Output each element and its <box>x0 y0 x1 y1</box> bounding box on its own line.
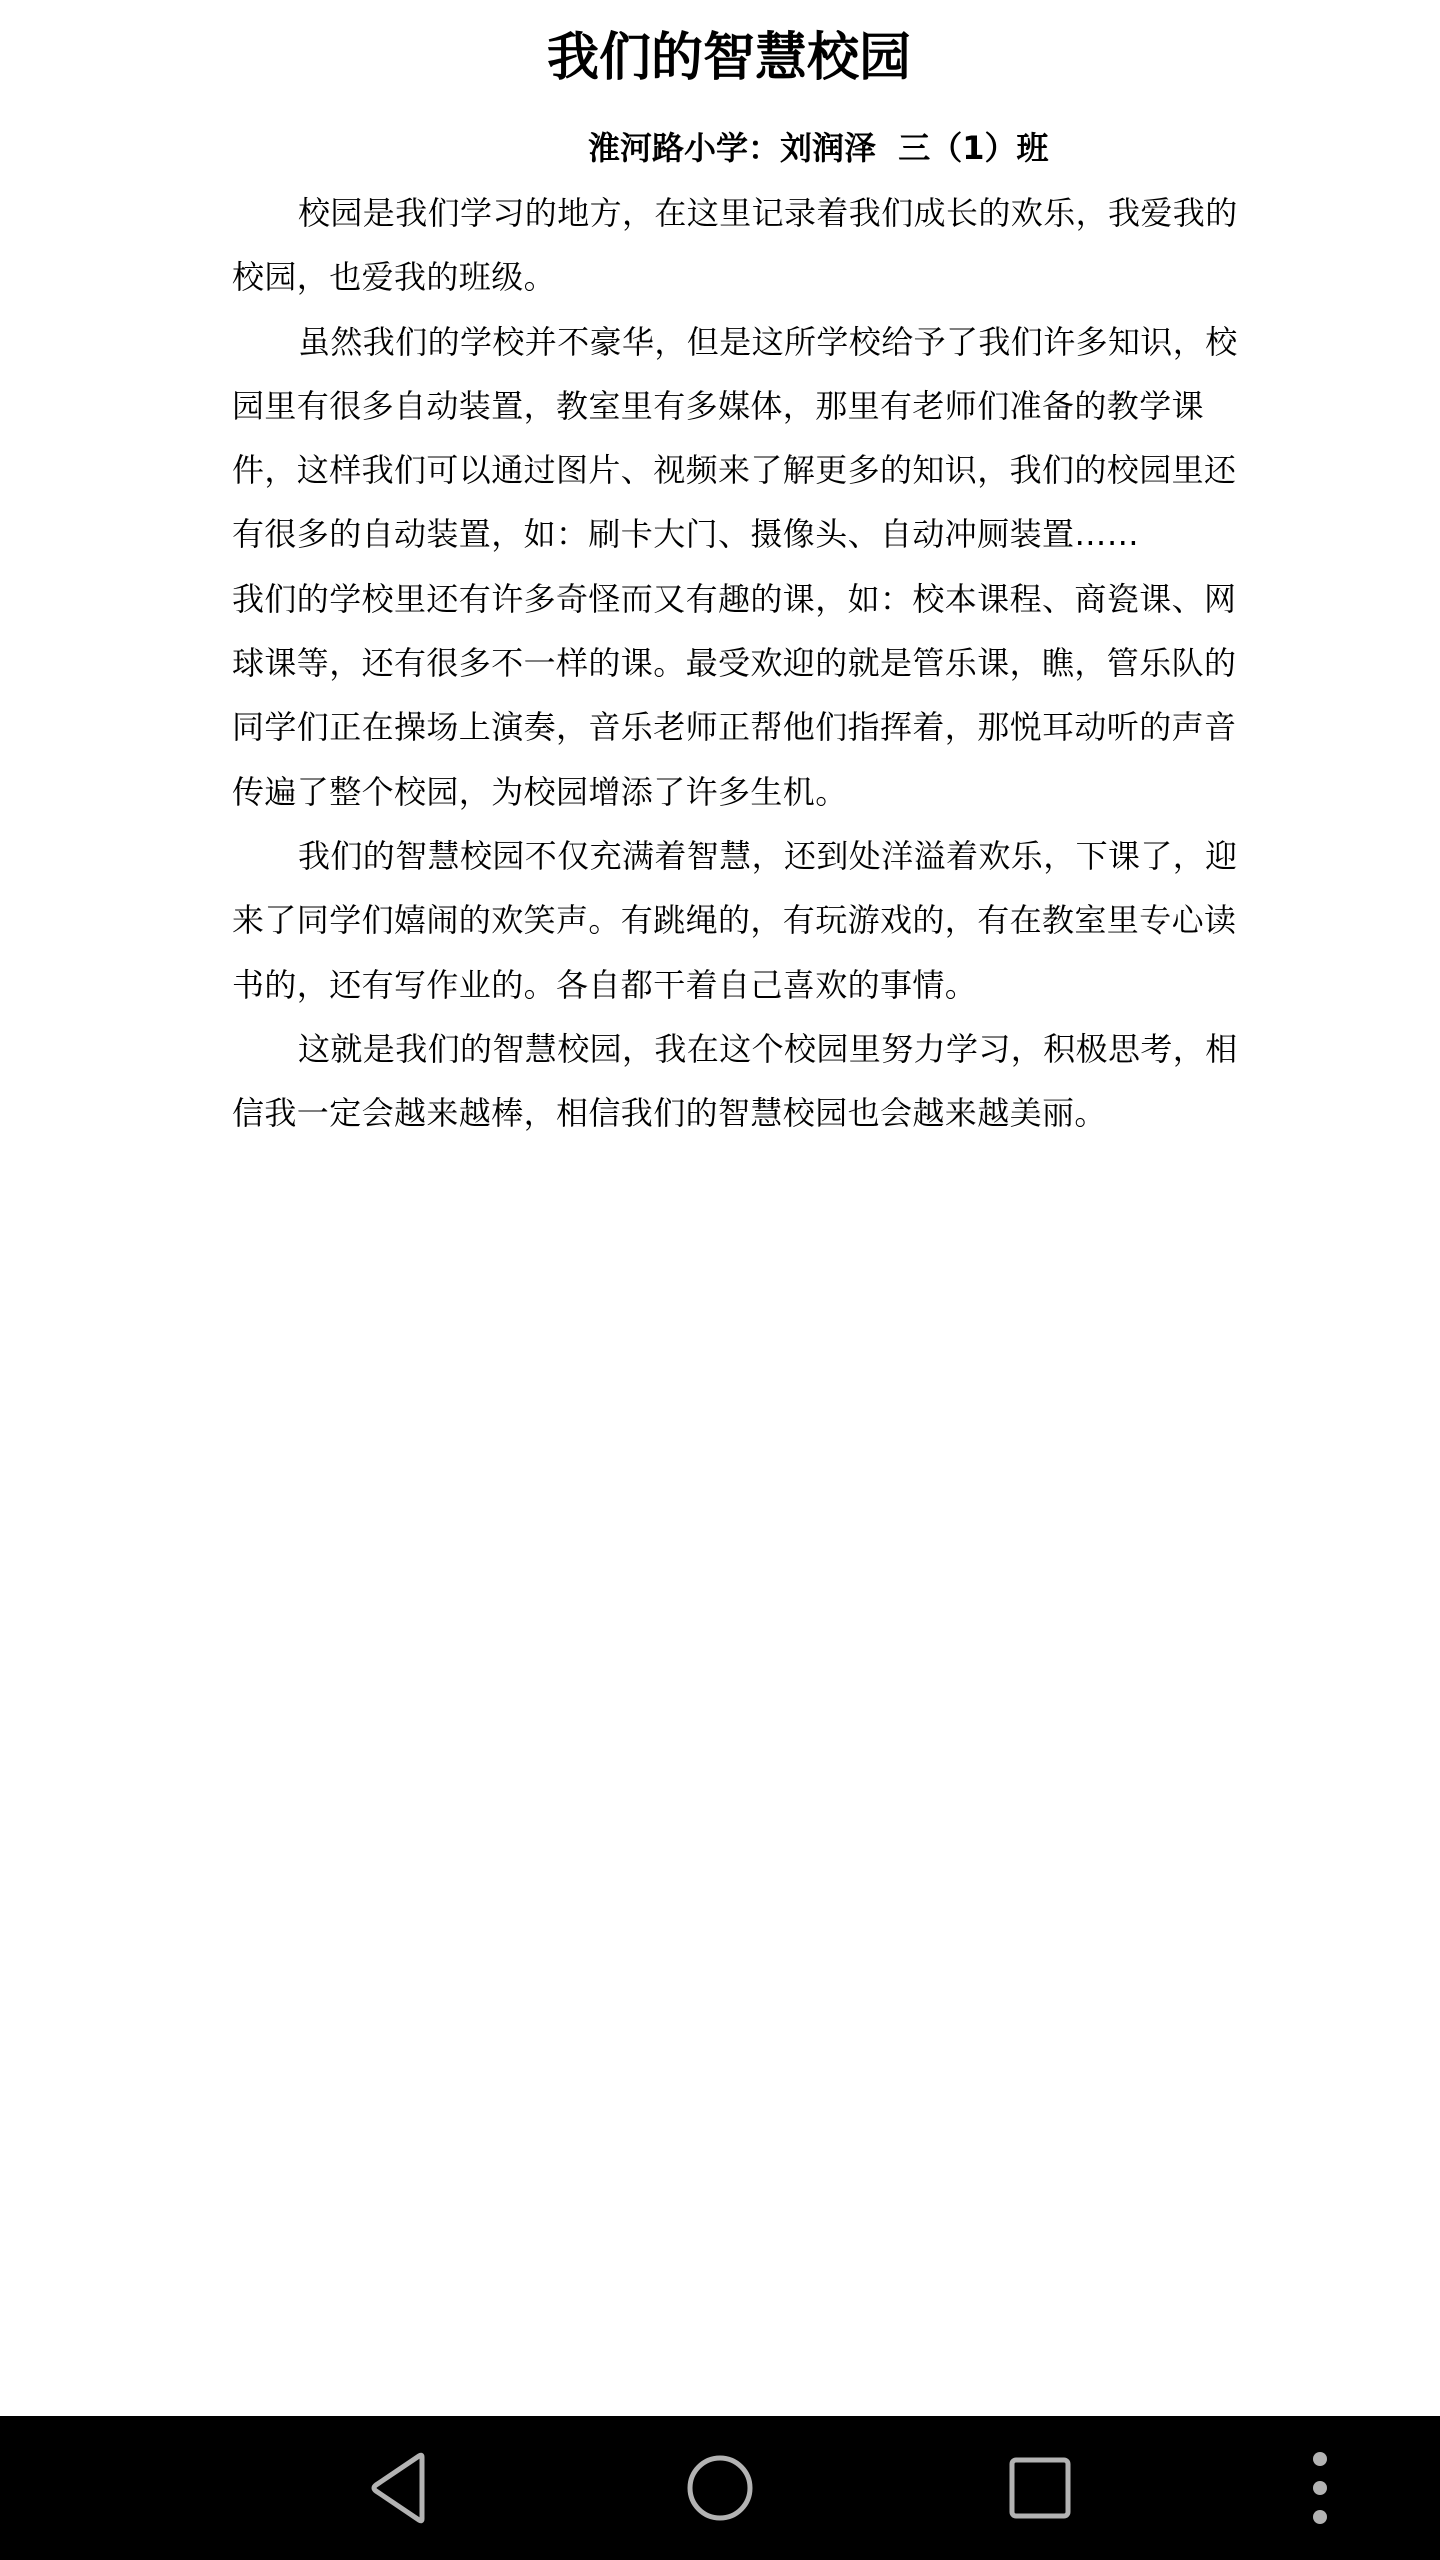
document-page: 我们的智慧校园 淮河路小学：刘润泽 三（1）班 校园是我们学习的地方，在这里记录… <box>0 0 1440 2416</box>
document-title: 我们的智慧校园 <box>0 26 1440 90</box>
system-navigation-bar <box>0 2416 1440 2560</box>
more-vertical-icon <box>1310 2450 1330 2526</box>
body-line: 信我一定会越来越棒，相信我们的智慧校园也会越来越美丽。 <box>232 1081 1232 1145</box>
menu-button[interactable] <box>1260 2416 1380 2560</box>
body-line: 园里有很多自动装置，教室里有多媒体，那里有老师们准备的教学课 <box>232 374 1232 438</box>
body-line: 我们的学校里还有许多奇怪而又有趣的课，如：校本课程、商瓷课、网 <box>232 567 1232 631</box>
body-line: 同学们正在操场上演奏，音乐老师正帮他们指挥着，那悦耳动听的声音 <box>232 695 1232 759</box>
body-line: 传遍了整个校园，为校园增添了许多生机。 <box>232 760 1232 824</box>
body-line: 虽然我们的学校并不豪华，但是这所学校给予了我们许多知识，校 <box>232 310 1232 374</box>
back-triangle-icon <box>368 2452 432 2524</box>
document-subtitle: 淮河路小学：刘润泽 三（1）班 <box>588 124 1049 172</box>
recents-square-icon <box>1007 2455 1073 2521</box>
body-line: 来了同学们嬉闹的欢笑声。有跳绳的，有玩游戏的，有在教室里专心读 <box>232 888 1232 952</box>
body-line: 球课等，还有很多不一样的课。最受欢迎的就是管乐课，瞧，管乐队的 <box>232 631 1232 695</box>
body-line: 件，这样我们可以通过图片、视频来了解更多的知识，我们的校园里还 <box>232 438 1232 502</box>
body-line: 我们的智慧校园不仅充满着智慧，还到处洋溢着欢乐，下课了，迎 <box>232 824 1232 888</box>
home-button[interactable] <box>660 2416 780 2560</box>
body-line: 这就是我们的智慧校园，我在这个校园里努力学习，积极思考，相 <box>232 1017 1232 1081</box>
body-line: 书的，还有写作业的。各自都干着自己喜欢的事情。 <box>232 953 1232 1017</box>
body-line: 有很多的自动装置，如：刷卡大门、摄像头、自动冲厕装置…… <box>232 502 1232 566</box>
recents-button[interactable] <box>980 2416 1100 2560</box>
body-line: 校园，也爱我的班级。 <box>232 245 1232 309</box>
home-circle-icon <box>684 2452 756 2524</box>
document-body: 校园是我们学习的地方，在这里记录着我们成长的欢乐，我爱我的 校园，也爱我的班级。… <box>232 181 1232 1145</box>
body-line: 校园是我们学习的地方，在这里记录着我们成长的欢乐，我爱我的 <box>232 181 1232 245</box>
back-button[interactable] <box>340 2416 460 2560</box>
